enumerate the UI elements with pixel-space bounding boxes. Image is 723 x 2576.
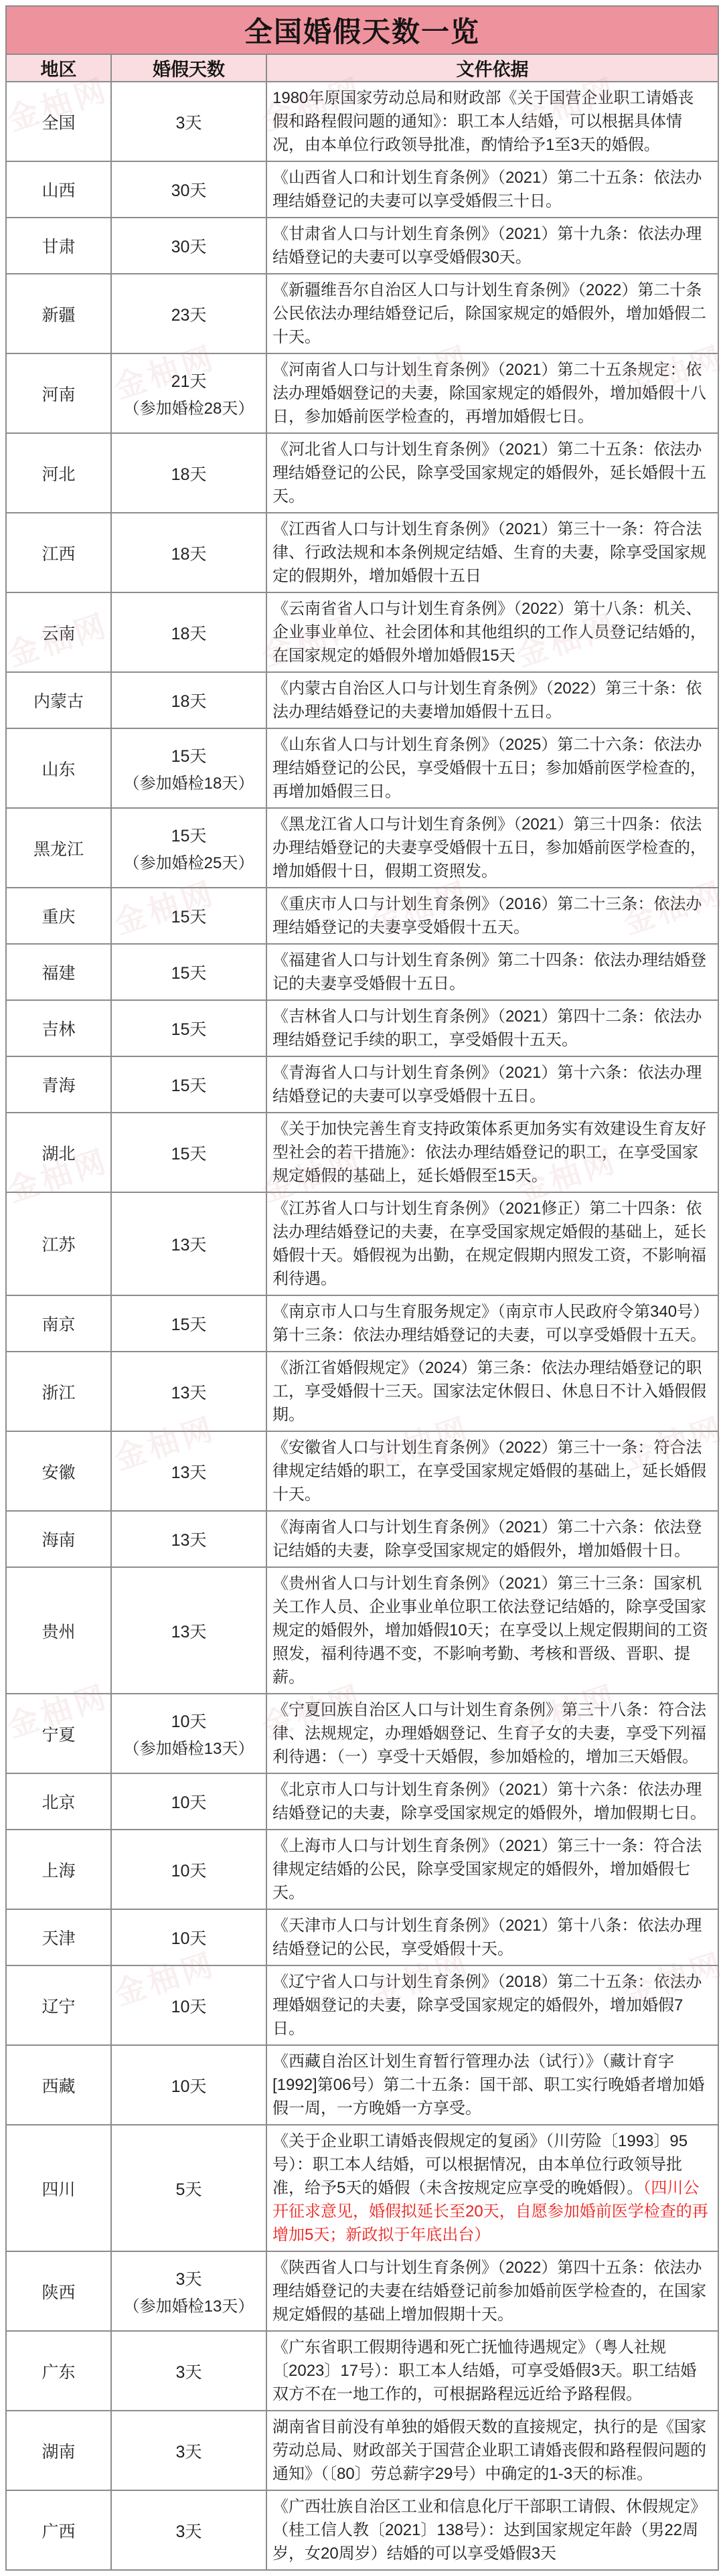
table-row: 湖南 3天 湖南省目前没有单独的婚假天数的直接规定，执行的是《国家劳动总局、财政…	[6, 2411, 718, 2490]
basis-text: 《河北省人口与计划生育条例》（2021）第二十五条：依法办理结婚登记的公民，除享…	[272, 440, 706, 505]
basis-text: 《吉林省人口与计划生育条例》（2021）第四十二条：依法办理结婚登记手续的职工，…	[272, 1008, 702, 1049]
basis-cell: 湖南省目前没有单独的婚假天数的直接规定，执行的是《国家劳动总局、财政部关于国营企…	[266, 2411, 718, 2490]
days-value: 10天	[114, 1789, 263, 1814]
days-cell: 10天	[111, 1965, 266, 2045]
table-row: 河北 18天 《河北省人口与计划生育条例》（2021）第二十五条：依法办理结婚登…	[6, 433, 718, 513]
days-cell: 15天	[111, 1000, 266, 1056]
basis-text: 《青海省人口与计划生育条例》（2021）第十六条：依法办理结婚登记的夫妻可以享受…	[272, 1064, 702, 1105]
table-row: 福建 15天 《福建省人口与计划生育条例》第二十四条：依法办理结婚登记的夫妻享受…	[6, 944, 718, 1000]
basis-cell: 《海南省人口与计划生育条例》（2021）第二十六条：依法登记结婚的夫妻，除享受国…	[266, 1511, 718, 1567]
table-row: 吉林 15天 《吉林省人口与计划生育条例》（2021）第四十二条：依法办理结婚登…	[6, 1000, 718, 1056]
region-cell: 陕西	[6, 2251, 111, 2331]
basis-cell: 《甘肃省人口与计划生育条例》（2021）第十九条：依法办理结婚登记的夫妻可以享受…	[266, 218, 718, 274]
region-cell: 海南	[6, 1511, 111, 1567]
days-cell: 15天 （参加婚检18天）	[111, 728, 266, 808]
days-value: 15天	[114, 1016, 263, 1040]
basis-text: 《安徽省人口与计划生育条例》（2022）第三十一条：符合法律规定结婚的职工，在享…	[272, 1439, 706, 1504]
table-row: 天津 10天 《天津市人口与计划生育条例》（2021）第十八条：依法办理结婚登记…	[6, 1909, 718, 1965]
days-cell: 10天 （参加婚检13天）	[111, 1694, 266, 1773]
basis-cell: 《江西省人口与计划生育条例》（2021）第三十一条：符合法律、行政法规和本条例规…	[266, 513, 718, 592]
region-cell: 安徽	[6, 1431, 111, 1511]
region-cell: 南京	[6, 1295, 111, 1352]
basis-text: 《关于加快完善生育支持政策体系更加务实有效建设生育友好型社会的若干措施》：依法办…	[272, 1120, 706, 1185]
basis-text: 《新疆维吾尔自治区人口与计划生育条例》（2022）第二十条公民依法办理结婚登记后…	[272, 281, 706, 346]
days-value: 3天	[114, 2518, 263, 2543]
days-note: （参加婚检28天）	[114, 395, 263, 418]
days-value: 3天	[114, 2266, 263, 2290]
title-row: 全国婚假天数一览	[6, 6, 718, 54]
region-cell: 内蒙古	[6, 672, 111, 728]
days-value: 13天	[114, 1619, 263, 1643]
basis-cell: 《西藏自治区计划生育暂行管理办法（试行）》（藏计育字[1992]第06号）第二十…	[266, 2045, 718, 2125]
region-cell: 宁夏	[6, 1694, 111, 1773]
region-cell: 河南	[6, 353, 111, 433]
days-value: 13天	[114, 1380, 263, 1404]
basis-text: 《山东省人口与计划生育条例》（2025）第二十六条：依法办理结婚登记的公民，享受…	[272, 736, 706, 801]
column-header-row: 地区 婚假天数 文件依据	[6, 54, 718, 82]
days-cell: 15天	[111, 888, 266, 944]
basis-text: 《海南省人口与计划生育条例》（2021）第二十六条：依法登记结婚的夫妻，除享受国…	[272, 1518, 702, 1560]
table-row: 陕西 3天 （参加婚检13天） 《陕西省人口与计划生育条例》（2022）第四十五…	[6, 2251, 718, 2331]
days-cell: 3天	[111, 2331, 266, 2411]
basis-text: 《南京市人口与生育服务规定》（南京市人民政府令第340号）第十三条：依法办理结婚…	[272, 1303, 709, 1344]
table-row: 江苏 13天 《江苏省人口与计划生育条例》（2021修正）第二十四条：依法办理结…	[6, 1192, 718, 1295]
days-cell: 15天	[111, 1113, 266, 1192]
days-cell: 10天	[111, 1830, 266, 1909]
table-row: 重庆 15天 《重庆市人口与计划生育条例》（2016）第二十三条：依法办理结婚登…	[6, 888, 718, 944]
days-value: 5天	[114, 2176, 263, 2200]
basis-cell: 《安徽省人口与计划生育条例》（2022）第三十一条：符合法律规定结婚的职工，在享…	[266, 1431, 718, 1511]
basis-cell: 《关于加快完善生育支持政策体系更加务实有效建设生育友好型社会的若干措施》：依法办…	[266, 1113, 718, 1192]
table-row: 浙江 13天 《浙江省婚假规定》（2024）第三条：依法办理结婚登记的职工，享受…	[6, 1352, 718, 1431]
days-cell: 30天	[111, 161, 266, 218]
days-cell: 30天	[111, 218, 266, 274]
table-row: 安徽 13天 《安徽省人口与计划生育条例》（2022）第三十一条：符合法律规定结…	[6, 1431, 718, 1511]
days-cell: 10天	[111, 1909, 266, 1965]
table-row: 全国 3天 1980年原国家劳动总局和财政部《关于国营企业职工请婚丧假和路程假问…	[6, 82, 718, 161]
basis-cell: 《广西壮族自治区工业和信息化厅干部职工请假、休假规定》（桂工信人教〔2021〕1…	[266, 2490, 718, 2570]
basis-text: 1980年原国家劳动总局和财政部《关于国营企业职工请婚丧假和路程假问题的通知》：…	[272, 89, 694, 154]
days-cell: 15天	[111, 1295, 266, 1352]
days-cell: 10天	[111, 2045, 266, 2125]
days-value: 3天	[114, 2439, 263, 2463]
region-cell: 四川	[6, 2125, 111, 2251]
basis-text: 《内蒙古自治区人口与计划生育条例》（2022）第三十条：依法办理结婚登记的夫妻增…	[272, 679, 702, 721]
table-row: 青海 15天 《青海省人口与计划生育条例》（2021）第十六条：依法办理结婚登记…	[6, 1056, 718, 1113]
region-cell: 甘肃	[6, 218, 111, 274]
region-cell: 新疆	[6, 274, 111, 353]
days-cell: 13天	[111, 1567, 266, 1694]
region-cell: 天津	[6, 1909, 111, 1965]
table-row: 内蒙古 18天 《内蒙古自治区人口与计划生育条例》（2022）第三十条：依法办理…	[6, 672, 718, 728]
region-cell: 吉林	[6, 1000, 111, 1056]
days-value: 15天	[114, 960, 263, 984]
table-row: 云南 18天 《云南省省人口与计划生育条例》（2022）第十八条：机关、企业事业…	[6, 592, 718, 672]
basis-cell: 《浙江省婚假规定》（2024）第三条：依法办理结婚登记的职工，享受婚假十三天。国…	[266, 1352, 718, 1431]
region-cell: 福建	[6, 944, 111, 1000]
table-row: 江西 18天 《江西省人口与计划生育条例》（2021）第三十一条：符合法律、行政…	[6, 513, 718, 592]
table-row: 广西 3天 《广西壮族自治区工业和信息化厅干部职工请假、休假规定》（桂工信人教〔…	[6, 2490, 718, 2570]
days-cell: 5天	[111, 2125, 266, 2251]
col-header-region: 地区	[6, 54, 111, 82]
days-cell: 21天 （参加婚检28天）	[111, 353, 266, 433]
region-cell: 江西	[6, 513, 111, 592]
table-row: 上海 10天 《上海市人口与计划生育条例》（2021）第三十一条：符合法律规定结…	[6, 1830, 718, 1909]
region-cell: 西藏	[6, 2045, 111, 2125]
days-value: 30天	[114, 177, 263, 202]
table-row: 贵州 13天 《贵州省人口与计划生育条例》（2021）第三十三条：国家机关工作人…	[6, 1567, 718, 1694]
days-cell: 3天	[111, 2490, 266, 2570]
basis-text: 《云南省省人口与计划生育条例》（2022）第十八条：机关、企业事业单位、社会团体…	[272, 600, 706, 665]
days-value: 15天	[114, 743, 263, 767]
marriage-leave-table: 全国婚假天数一览 地区 婚假天数 文件依据 全国 3天 1980年原国家劳动总局…	[5, 5, 719, 2571]
region-cell: 广西	[6, 2490, 111, 2570]
days-value: 10天	[114, 1925, 263, 1949]
days-value: 13天	[114, 1232, 263, 1256]
days-cell: 13天	[111, 1431, 266, 1511]
basis-text: 《甘肃省人口与计划生育条例》（2021）第十九条：依法办理结婚登记的夫妻可以享受…	[272, 225, 702, 266]
basis-text: 《天津市人口与计划生育条例》（2021）第十八条：依法办理结婚登记的公民，享受婚…	[272, 1917, 702, 1958]
days-note: （参加婚检25天）	[114, 850, 263, 873]
basis-cell: 《青海省人口与计划生育条例》（2021）第十六条：依法办理结婚登记的夫妻可以享受…	[266, 1056, 718, 1113]
basis-cell: 《广东省职工假期待遇和死亡抚恤待遇规定》（粤人社规〔2023〕17号）：职工本人…	[266, 2331, 718, 2411]
region-cell: 上海	[6, 1830, 111, 1909]
basis-text: 《黑龙江省人口与计划生育条例》（2021）第三十四条：依法办理结婚登记的夫妻享受…	[272, 815, 706, 880]
table-row: 北京 10天 《北京市人口与计划生育条例》（2021）第十六条：依法办理结婚登记…	[6, 1773, 718, 1830]
basis-cell: 《云南省省人口与计划生育条例》（2022）第十八条：机关、企业事业单位、社会团体…	[266, 592, 718, 672]
table-row: 海南 13天 《海南省人口与计划生育条例》（2021）第二十六条：依法登记结婚的…	[6, 1511, 718, 1567]
basis-text: 《福建省人口与计划生育条例》第二十四条：依法办理结婚登记的夫妻享受婚假十五日。	[272, 951, 706, 993]
basis-text: 《贵州省人口与计划生育条例》（2021）第三十三条：国家机关工作人员、企业事业单…	[272, 1575, 708, 1686]
days-cell: 18天	[111, 513, 266, 592]
basis-cell: 《关于企业职工请婚丧假规定的复函》（川劳险〔1993〕95号）：职工本人结婚，可…	[266, 2125, 718, 2251]
region-cell: 山东	[6, 728, 111, 808]
basis-text: 《江西省人口与计划生育条例》（2021）第三十一条：符合法律、行政法规和本条例规…	[272, 520, 706, 585]
basis-cell: 《黑龙江省人口与计划生育条例》（2021）第三十四条：依法办理结婚登记的夫妻享受…	[266, 808, 718, 888]
table-body: 全国 3天 1980年原国家劳动总局和财政部《关于国营企业职工请婚丧假和路程假问…	[6, 82, 718, 2570]
basis-cell: 1980年原国家劳动总局和财政部《关于国营企业职工请婚丧假和路程假问题的通知》：…	[266, 82, 718, 161]
basis-cell: 《山东省人口与计划生育条例》（2025）第二十六条：依法办理结婚登记的公民，享受…	[266, 728, 718, 808]
basis-text: 《广东省职工假期待遇和死亡抚恤待遇规定》（粤人社规〔2023〕17号）：职工本人…	[272, 2338, 696, 2403]
basis-text: 《陕西省人口与计划生育条例》（2022）第四十五条：依法办理结婚登记的夫妻在结婚…	[272, 2259, 706, 2324]
basis-text: 《山西省人口和计划生育条例》（2021）第二十五条：依法办理结婚登记的夫妻可以享…	[272, 169, 702, 210]
days-value: 13天	[114, 1459, 263, 1483]
basis-cell: 《陕西省人口与计划生育条例》（2022）第四十五条：依法办理结婚登记的夫妻在结婚…	[266, 2251, 718, 2331]
days-cell: 23天	[111, 274, 266, 353]
region-cell: 青海	[6, 1056, 111, 1113]
basis-text: 《上海市人口与计划生育条例》（2021）第三十一条：符合法律规定结婚的公民，除享…	[272, 1837, 702, 1902]
days-value: 30天	[114, 234, 263, 258]
table-row: 河南 21天 （参加婚检28天） 《河南省人口与计划生育条例》（2021）第二十…	[6, 353, 718, 433]
region-cell: 湖北	[6, 1113, 111, 1192]
days-note: （参加婚检18天）	[114, 770, 263, 793]
basis-text: 《浙江省婚假规定》（2024）第三条：依法办理结婚登记的职工，享受婚假十三天。国…	[272, 1359, 706, 1424]
days-value: 21天	[114, 368, 263, 392]
days-value: 10天	[114, 2073, 263, 2097]
days-value: 10天	[114, 1994, 263, 2018]
basis-text: 《江苏省人口与计划生育条例》（2021修正）第二十四条：依法办理结婚登记的夫妻，…	[272, 1200, 706, 1288]
days-value: 18天	[114, 541, 263, 565]
days-value: 15天	[114, 1072, 263, 1097]
days-value: 15天	[114, 1141, 263, 1165]
basis-text: 湖南省目前没有单独的婚假天数的直接规定，执行的是《国家劳动总局、财政部关于国营企…	[272, 2418, 706, 2483]
days-cell: 3天	[111, 82, 266, 161]
region-cell: 广东	[6, 2331, 111, 2411]
days-value: 18天	[114, 688, 263, 712]
days-cell: 13天	[111, 1192, 266, 1295]
days-cell: 15天 （参加婚检25天）	[111, 808, 266, 888]
region-cell: 北京	[6, 1773, 111, 1830]
basis-cell: 《天津市人口与计划生育条例》（2021）第十八条：依法办理结婚登记的公民，享受婚…	[266, 1909, 718, 1965]
table-row: 山东 15天 （参加婚检18天） 《山东省人口与计划生育条例》（2025）第二十…	[6, 728, 718, 808]
region-cell: 全国	[6, 82, 111, 161]
days-cell: 18天	[111, 672, 266, 728]
days-value: 3天	[114, 110, 263, 134]
table-row: 黑龙江 15天 （参加婚检25天） 《黑龙江省人口与计划生育条例》（2021）第…	[6, 808, 718, 888]
days-value: 10天	[114, 1708, 263, 1733]
table-row: 湖北 15天 《关于加快完善生育支持政策体系更加务实有效建设生育友好型社会的若干…	[6, 1113, 718, 1192]
table-row: 四川 5天 《关于企业职工请婚丧假规定的复函》（川劳险〔1993〕95号）：职工…	[6, 2125, 718, 2251]
days-value: 3天	[114, 2359, 263, 2383]
basis-cell: 《江苏省人口与计划生育条例》（2021修正）第二十四条：依法办理结婚登记的夫妻，…	[266, 1192, 718, 1295]
basis-cell: 《宁夏回族自治区人口与计划生育条例》第三十八条：符合法律、法规规定，办理婚姻登记…	[266, 1694, 718, 1773]
days-cell: 13天	[111, 1352, 266, 1431]
col-header-days: 婚假天数	[111, 54, 266, 82]
region-cell: 云南	[6, 592, 111, 672]
basis-cell: 《吉林省人口与计划生育条例》（2021）第四十二条：依法办理结婚登记手续的职工，…	[266, 1000, 718, 1056]
table-row: 宁夏 10天 （参加婚检13天） 《宁夏回族自治区人口与计划生育条例》第三十八条…	[6, 1694, 718, 1773]
basis-text: 《重庆市人口与计划生育条例》（2016）第二十三条：依法办理结婚登记的夫妻享受婚…	[272, 895, 702, 937]
basis-cell: 《辽宁省人口与计划生育条例》（2018）第二十五条：依法办理婚姻登记的夫妻，除享…	[266, 1965, 718, 2045]
days-value: 15天	[114, 823, 263, 847]
basis-text: 《西藏自治区计划生育暂行管理办法（试行）》（藏计育字[1992]第06号）第二十…	[272, 2052, 704, 2117]
region-cell: 浙江	[6, 1352, 111, 1431]
basis-cell: 《福建省人口与计划生育条例》第二十四条：依法办理结婚登记的夫妻享受婚假十五日。	[266, 944, 718, 1000]
basis-cell: 《河南省人口与计划生育条例》（2021）第二十五条规定：依法办理婚姻登记的夫妻，…	[266, 353, 718, 433]
days-cell: 3天 （参加婚检13天）	[111, 2251, 266, 2331]
days-value: 18天	[114, 461, 263, 485]
col-header-basis: 文件依据	[266, 54, 718, 82]
page-title: 全国婚假天数一览	[6, 6, 718, 54]
region-cell: 湖南	[6, 2411, 111, 2490]
days-cell: 15天	[111, 1056, 266, 1113]
days-value: 13天	[114, 1527, 263, 1551]
basis-cell: 《内蒙古自治区人口与计划生育条例》（2022）第三十条：依法办理结婚登记的夫妻增…	[266, 672, 718, 728]
table-row: 南京 15天 《南京市人口与生育服务规定》（南京市人民政府令第340号）第十三条…	[6, 1295, 718, 1352]
days-value: 15天	[114, 904, 263, 928]
basis-text: 《广西壮族自治区工业和信息化厅干部职工请假、休假规定》（桂工信人教〔2021〕1…	[272, 2498, 706, 2563]
basis-text: 《关于企业职工请婚丧假规定的复函》（川劳险〔1993〕95号）：职工本人结婚，可…	[272, 2132, 688, 2197]
region-cell: 贵州	[6, 1567, 111, 1694]
basis-cell: 《河北省人口与计划生育条例》（2021）第二十五条：依法办理结婚登记的公民，除享…	[266, 433, 718, 513]
basis-cell: 《重庆市人口与计划生育条例》（2016）第二十三条：依法办理结婚登记的夫妻享受婚…	[266, 888, 718, 944]
days-value: 10天	[114, 1858, 263, 1882]
table-row: 广东 3天 《广东省职工假期待遇和死亡抚恤待遇规定》（粤人社规〔2023〕17号…	[6, 2331, 718, 2411]
days-value: 15天	[114, 1311, 263, 1336]
basis-text: 《北京市人口与计划生育条例》（2021）第十六条：依法办理结婚登记的夫妻，除享受…	[272, 1781, 706, 1822]
days-cell: 18天	[111, 592, 266, 672]
region-cell: 辽宁	[6, 1965, 111, 2045]
region-cell: 黑龙江	[6, 808, 111, 888]
basis-cell: 《新疆维吾尔自治区人口与计划生育条例》（2022）第二十条公民依法办理结婚登记后…	[266, 274, 718, 353]
table-row: 甘肃 30天 《甘肃省人口与计划生育条例》（2021）第十九条：依法办理结婚登记…	[6, 218, 718, 274]
page: 金柚网金柚网金柚网金柚网金柚网金柚网金柚网金柚网金柚网金柚网金柚网金柚网金柚网金…	[0, 0, 723, 2576]
basis-text: 《宁夏回族自治区人口与计划生育条例》第三十八条：符合法律、法规规定，办理婚姻登记…	[272, 1701, 706, 1766]
days-cell: 13天	[111, 1511, 266, 1567]
table-row: 辽宁 10天 《辽宁省人口与计划生育条例》（2018）第二十五条：依法办理婚姻登…	[6, 1965, 718, 2045]
days-cell: 15天	[111, 944, 266, 1000]
region-cell: 山西	[6, 161, 111, 218]
region-cell: 重庆	[6, 888, 111, 944]
table-row: 新疆 23天 《新疆维吾尔自治区人口与计划生育条例》（2022）第二十条公民依法…	[6, 274, 718, 353]
days-value: 18天	[114, 621, 263, 645]
basis-cell: 《南京市人口与生育服务规定》（南京市人民政府令第340号）第十三条：依法办理结婚…	[266, 1295, 718, 1352]
basis-cell: 《山西省人口和计划生育条例》（2021）第二十五条：依法办理结婚登记的夫妻可以享…	[266, 161, 718, 218]
days-cell: 18天	[111, 433, 266, 513]
basis-text: 《河南省人口与计划生育条例》（2021）第二十五条规定：依法办理婚姻登记的夫妻，…	[272, 361, 706, 426]
basis-cell: 《上海市人口与计划生育条例》（2021）第三十一条：符合法律规定结婚的公民，除享…	[266, 1830, 718, 1909]
table-row: 山西 30天 《山西省人口和计划生育条例》（2021）第二十五条：依法办理结婚登…	[6, 161, 718, 218]
table-row: 西藏 10天 《西藏自治区计划生育暂行管理办法（试行）》（藏计育字[1992]第…	[6, 2045, 718, 2125]
days-cell: 10天	[111, 1773, 266, 1830]
basis-text: 《辽宁省人口与计划生育条例》（2018）第二十五条：依法办理婚姻登记的夫妻，除享…	[272, 1973, 702, 2038]
days-note: （参加婚检13天）	[114, 2293, 263, 2316]
days-cell: 3天	[111, 2411, 266, 2490]
basis-cell: 《北京市人口与计划生育条例》（2021）第十六条：依法办理结婚登记的夫妻，除享受…	[266, 1773, 718, 1830]
days-note: （参加婚检13天）	[114, 1735, 263, 1759]
region-cell: 河北	[6, 433, 111, 513]
days-value: 23天	[114, 302, 263, 326]
basis-cell: 《贵州省人口与计划生育条例》（2021）第三十三条：国家机关工作人员、企业事业单…	[266, 1567, 718, 1694]
region-cell: 江苏	[6, 1192, 111, 1295]
